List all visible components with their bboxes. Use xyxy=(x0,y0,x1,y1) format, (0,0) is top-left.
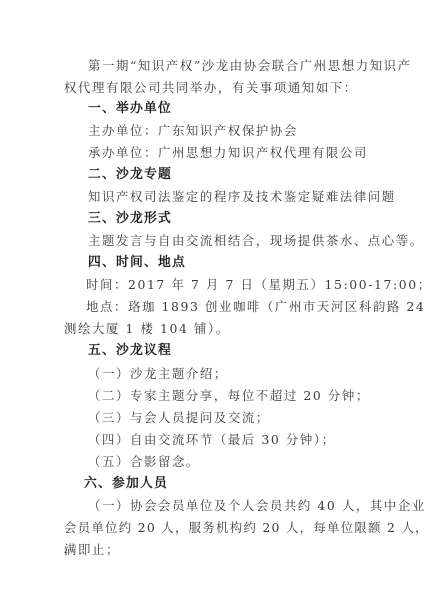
event-location-line-1: 地点：珞珈 1893 创业咖啡（广州市天河区科韵路 24 号 xyxy=(86,299,425,315)
section-heading-format: 三、沙龙形式 xyxy=(88,211,172,227)
page-number: 2 xyxy=(64,548,68,555)
event-time: 时间：2017 年 7 月 7 日（星期五）15:00-17:00； xyxy=(86,277,425,293)
agenda-item-4: （四）自由交流环节（最后 30 分钟）； xyxy=(88,432,336,448)
intro-paragraph-line-2: 权代理有限公司共同举办，有关事项通知如下： xyxy=(64,80,358,96)
salon-topic: 知识产权司法鉴定的程序及技术鉴定疑难法律问题 xyxy=(88,189,396,205)
agenda-item-3: （三）与会人员提问及交流； xyxy=(88,410,270,426)
section-heading-time-place: 四、时间、地点 xyxy=(88,255,186,271)
salon-format: 主题发言与自由交流相结合，现场提供茶水、点心等。 xyxy=(88,233,424,249)
section-heading-organizers: 一、举办单位 xyxy=(88,101,172,117)
section-heading-topic: 二、沙龙专题 xyxy=(88,167,172,183)
participants-line-2: 会员单位约 20 人，服务机构约 20 人，每单位限额 2 人，额 xyxy=(64,520,425,536)
participants-line-1: （一）协会会员单位及个人会员共约 40 人，其中企业 xyxy=(88,498,425,514)
host-organizer: 主办单位：广东知识产权保护协会 xyxy=(88,123,298,139)
co-organizer: 承办单位：广州思想力知识产权代理有限公司 xyxy=(88,145,368,161)
agenda-item-1: （一）沙龙主题介绍； xyxy=(88,366,228,382)
participants-line-3: 满即止； xyxy=(64,542,120,558)
agenda-item-2: （二）专家主题分享，每位不超过 20 分钟； xyxy=(88,388,370,404)
section-heading-agenda: 五、沙龙议程 xyxy=(88,343,172,359)
document-page: 第一期“知识产权”沙龙由协会联合广州思想力知识产 权代理有限公司共同举办，有关事… xyxy=(0,0,425,600)
event-location-line-2: 测绘大厦 1 楼 104 铺）。 xyxy=(64,321,230,337)
agenda-item-5: （五）合影留念。 xyxy=(88,454,200,470)
section-heading-participants: 六、参加人员 xyxy=(84,476,168,492)
intro-paragraph-line-1: 第一期“知识产权”沙龙由协会联合广州思想力知识产 xyxy=(88,58,412,74)
